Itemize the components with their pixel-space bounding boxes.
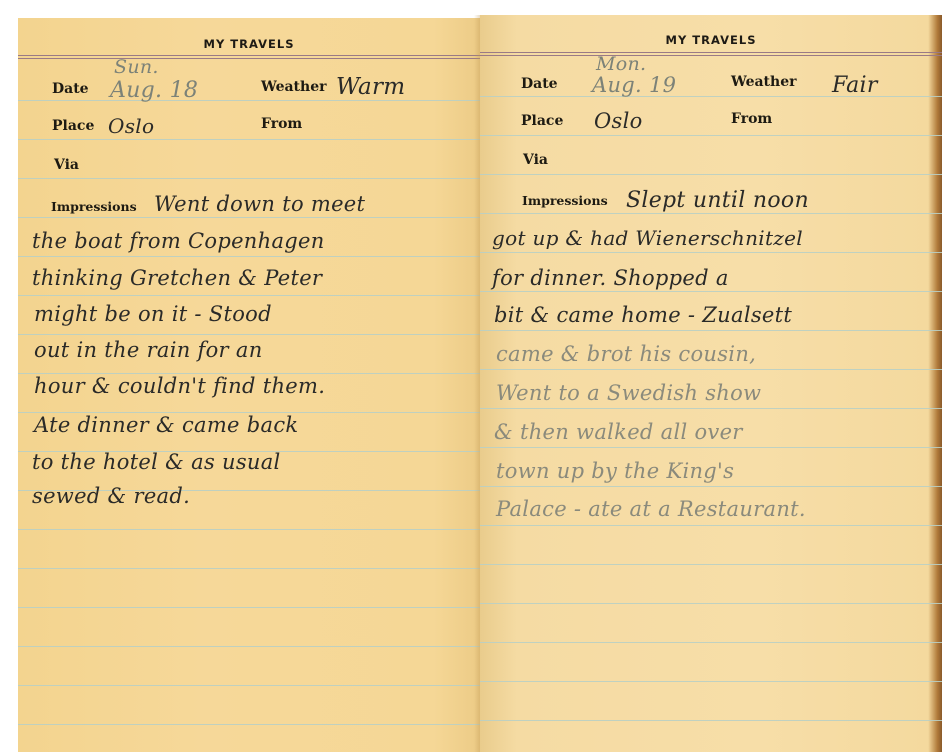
place-value: Oslo xyxy=(108,114,154,138)
ruled-line xyxy=(18,646,480,647)
ruled-line xyxy=(18,568,480,569)
ruled-line xyxy=(480,369,942,370)
ruled-line xyxy=(18,256,480,257)
impressions-line: thinking Gretchen & Peter xyxy=(32,266,322,290)
impressions-line: Ate dinner & came back xyxy=(34,413,298,437)
ruled-line xyxy=(480,564,942,565)
impressions-label: Impressions xyxy=(522,193,608,208)
impressions-line: Slept until noon xyxy=(626,188,809,213)
impressions-line: for dinner. Shopped a xyxy=(492,266,729,290)
right-page: MY TRAVELS Date Weather Place From Via I… xyxy=(480,15,942,752)
ruled-line xyxy=(480,291,942,292)
date-value: Aug. 19 xyxy=(592,73,676,97)
date-label: Date xyxy=(521,76,558,92)
ruled-line xyxy=(18,724,480,725)
place-label: Place xyxy=(521,113,563,129)
impressions-line: got up & had Wienerschnitzel xyxy=(492,226,803,250)
impressions-line: Went to a Swedish show xyxy=(496,381,761,405)
ruled-line xyxy=(480,681,942,682)
ruled-line xyxy=(480,447,942,448)
impressions-line: & then walked all over xyxy=(494,420,743,444)
impressions-line: bit & came home - Zualsett xyxy=(494,303,792,327)
impressions-line: came & brot his cousin, xyxy=(496,342,756,366)
page-header-title: MY TRAVELS xyxy=(480,33,942,47)
ruled-line xyxy=(480,174,942,175)
date-label: Date xyxy=(52,81,89,97)
ruled-line xyxy=(18,295,480,296)
header-rule-top xyxy=(18,55,480,56)
ruled-line xyxy=(480,486,942,487)
impressions-line: Palace - ate at a Restaurant. xyxy=(496,497,806,521)
via-label: Via xyxy=(523,152,548,168)
impressions-line: to the hotel & as usual xyxy=(32,450,281,474)
ruled-line xyxy=(480,330,942,331)
header-rule-bottom xyxy=(480,55,942,56)
date-day-value: Sun. xyxy=(114,56,159,78)
ruled-line xyxy=(480,525,942,526)
header-rule-bottom xyxy=(18,58,480,59)
diary-spread: MY TRAVELS Date Weather Place From Via I… xyxy=(0,0,947,752)
page-header-title: MY TRAVELS xyxy=(18,37,480,51)
ruled-line xyxy=(18,529,480,530)
impressions-line: might be on it - Stood xyxy=(34,302,272,326)
impressions-line: the boat from Copenhagen xyxy=(32,229,325,253)
ruled-line xyxy=(18,100,480,101)
ruled-line xyxy=(480,603,942,604)
ruled-line xyxy=(18,334,480,335)
ruled-line xyxy=(480,135,942,136)
date-value: Aug. 18 xyxy=(110,78,198,103)
weather-value: Warm xyxy=(336,74,405,100)
impressions-label: Impressions xyxy=(51,199,137,214)
impressions-line: out in the rain for an xyxy=(34,338,263,362)
ruled-line xyxy=(18,217,480,218)
weather-label: Weather xyxy=(731,74,797,90)
ruled-line xyxy=(480,642,942,643)
ruled-line xyxy=(18,178,480,179)
weather-value: Fair xyxy=(832,73,878,98)
impressions-line: sewed & read. xyxy=(32,484,190,508)
ruled-line xyxy=(480,408,942,409)
ruled-line xyxy=(480,720,942,721)
place-label: Place xyxy=(52,118,94,134)
header-rule-top xyxy=(480,52,942,53)
left-page: MY TRAVELS Date Weather Place From Via I… xyxy=(18,18,480,752)
via-label: Via xyxy=(54,157,79,173)
weather-label: Weather xyxy=(261,79,327,95)
ruled-line xyxy=(480,213,942,214)
place-value: Oslo xyxy=(594,109,643,133)
impressions-line: Went down to meet xyxy=(154,192,365,216)
ruled-line xyxy=(18,139,480,140)
impressions-line: town up by the King's xyxy=(496,459,734,483)
ruled-line xyxy=(18,685,480,686)
date-day-value: Mon. xyxy=(596,53,646,75)
ruled-line xyxy=(480,252,942,253)
from-label: From xyxy=(731,111,772,127)
impressions-line: hour & couldn't find them. xyxy=(34,374,325,398)
from-label: From xyxy=(261,116,302,132)
ruled-line xyxy=(18,607,480,608)
